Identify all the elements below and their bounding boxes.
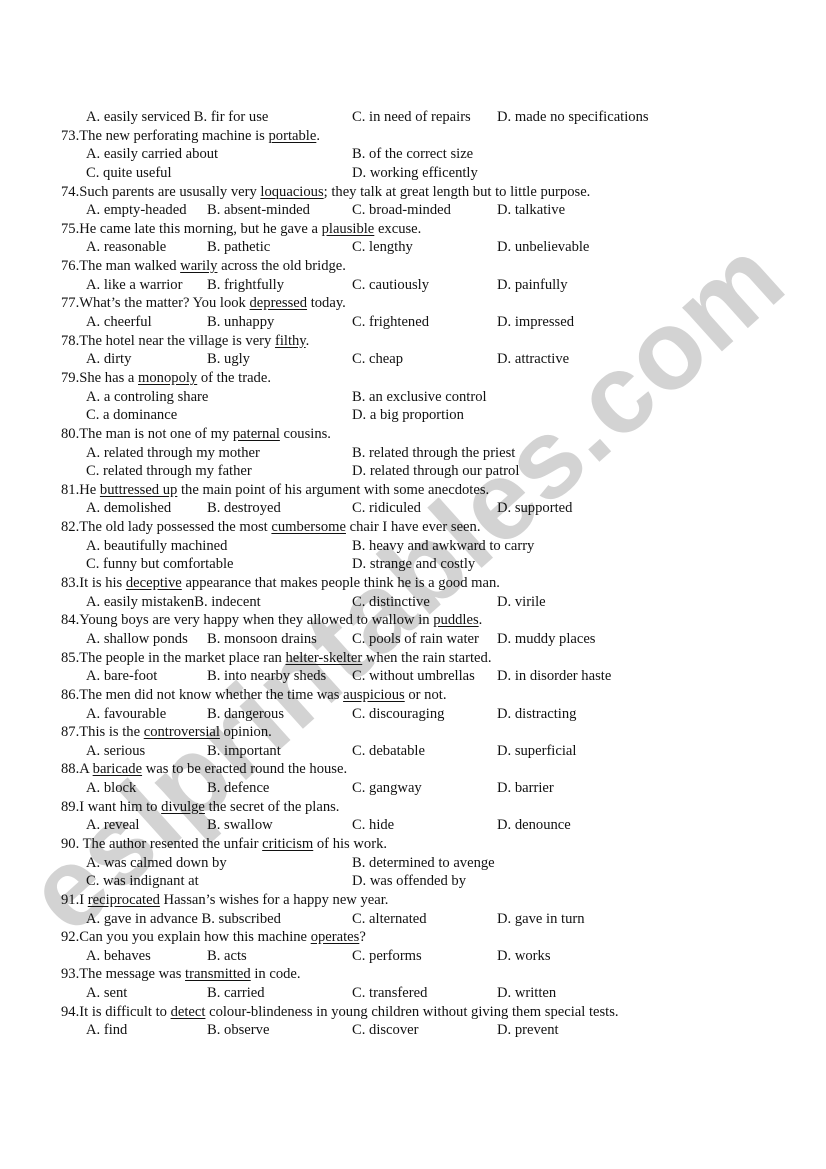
answer-option: C. frightened — [352, 313, 429, 332]
answer-option: C. in need of repairs — [352, 108, 471, 127]
underlined-keyword: deceptive — [126, 575, 182, 591]
options-row: A. a controling shareB. an exclusive con… — [0, 388, 826, 407]
stem-text: I — [79, 892, 88, 908]
options-row: A. demolishedB. destroyedC. ridiculedD. … — [0, 499, 826, 518]
stem-text: What’s the matter? You look — [79, 295, 249, 311]
answer-option: D. a big proportion — [352, 406, 464, 425]
question-stem: 81.He buttressed up the main point of hi… — [0, 481, 826, 500]
answer-option: B. determined to avenge — [352, 854, 495, 873]
answer-option: D. working efficently — [352, 164, 478, 183]
answer-option: D. made no specifications — [497, 108, 649, 127]
answer-option: B. monsoon drains — [207, 630, 317, 649]
answer-option: D. unbelievable — [497, 238, 589, 257]
answer-option: D. in disorder haste — [497, 667, 611, 686]
question-number: 90. — [61, 836, 79, 852]
stem-text: The man is not one of my — [79, 426, 233, 442]
options-row: A. bare-footB. into nearby shedsC. witho… — [0, 667, 826, 686]
stem-text: of the trade. — [197, 370, 271, 386]
answer-option: D. muddy places — [497, 630, 596, 649]
answer-option: C. funny but comfortable — [86, 555, 234, 574]
answer-option: C. alternated — [352, 910, 427, 929]
answer-option: C. lengthy — [352, 238, 413, 257]
answer-option: B. defence — [207, 779, 269, 798]
answer-option: B. related through the priest — [352, 444, 515, 463]
stem-text: . — [306, 333, 310, 349]
stem-text: Can you you explain how this machine — [79, 929, 310, 945]
question-stem: 82.The old lady possessed the most cumbe… — [0, 518, 826, 537]
options-row: A. sentB. carriedC. transferedD. written — [0, 984, 826, 1003]
question-number: 88. — [61, 761, 79, 777]
answer-option: A. a controling share — [86, 388, 208, 407]
underlined-keyword: filthy — [275, 333, 306, 349]
stem-text: The old lady possessed the most — [79, 519, 271, 535]
question-number: 79. — [61, 370, 79, 386]
stem-text: of his work. — [313, 836, 387, 852]
stem-text: today. — [307, 295, 346, 311]
stem-text: the main point of his argument with some… — [177, 482, 489, 498]
question-stem: 84.Young boys are very happy when they a… — [0, 611, 826, 630]
options-row: A. favourableB. dangerousC. discouraging… — [0, 705, 826, 724]
answer-option: B. heavy and awkward to carry — [352, 537, 534, 556]
answer-option: D. distracting — [497, 705, 576, 724]
options-row: A. gave in advance B. subscribedC. alter… — [0, 910, 826, 929]
answer-option: D. virile — [497, 593, 546, 612]
question-number: 78. — [61, 333, 79, 349]
stem-text: Hassan’s wishes for a happy new year. — [160, 892, 389, 908]
answer-option: A. easily carried about — [86, 145, 218, 164]
underlined-keyword: operates — [311, 929, 360, 945]
stem-text: in code. — [251, 966, 301, 982]
answer-option: A. was calmed down by — [86, 854, 227, 873]
underlined-keyword: monopoly — [138, 370, 197, 386]
question-stem: 90. The author resented the unfair criti… — [0, 835, 826, 854]
answer-option: B. unhappy — [207, 313, 274, 332]
answer-option: B. important — [207, 742, 281, 761]
underlined-keyword: depressed — [250, 295, 308, 311]
stem-text: . — [479, 612, 483, 628]
answer-option: A. sent — [86, 984, 127, 1003]
underlined-keyword: controversial — [144, 724, 220, 740]
question-number: 76. — [61, 258, 79, 274]
answer-option: A. like a warrior — [86, 276, 182, 295]
answer-option: C. hide — [352, 816, 394, 835]
options-row: A. easily mistakenB. indecentC. distinct… — [0, 593, 826, 612]
answer-option: B. of the correct size — [352, 145, 473, 164]
question-number: 93. — [61, 966, 79, 982]
stem-text: The men did not know whether the time wa… — [79, 687, 343, 703]
underlined-keyword: cumbersome — [271, 519, 346, 535]
answer-option: A. favourable — [86, 705, 166, 724]
answer-option: B. swallow — [207, 816, 273, 835]
answer-option: A. reveal — [86, 816, 139, 835]
stem-text: ? — [359, 929, 365, 945]
underlined-keyword: helter-skelter — [286, 650, 363, 666]
options-row: C. quite usefulD. working efficently — [0, 164, 826, 183]
answer-option: C. performs — [352, 947, 422, 966]
question-stem: 85.The people in the market place ran he… — [0, 649, 826, 668]
stem-text: or not. — [405, 687, 447, 703]
answer-option: C. related through my father — [86, 462, 252, 481]
question-stem: 77.What’s the matter? You look depressed… — [0, 294, 826, 313]
underlined-keyword: paternal — [233, 426, 280, 442]
underlined-keyword: baricade — [93, 761, 142, 777]
options-row: A. behavesB. actsC. performsD. works — [0, 947, 826, 966]
underlined-keyword: criticism — [262, 836, 313, 852]
question-number: 73. — [61, 128, 79, 144]
options-row: A. dirtyB. uglyC. cheapD. attractive — [0, 350, 826, 369]
question-number: 92. — [61, 929, 79, 945]
stem-text: Young boys are very happy when they allo… — [79, 612, 433, 628]
answer-option: A. gave in advance B. subscribed — [86, 910, 281, 929]
question-number: 80. — [61, 426, 79, 442]
answer-option: A. demolished — [86, 499, 171, 518]
answer-option: D. supported — [497, 499, 572, 518]
underlined-keyword: auspicious — [343, 687, 405, 703]
question-number: 75. — [61, 221, 79, 237]
answer-option: B. absent-minded — [207, 201, 310, 220]
answer-option: D. barrier — [497, 779, 554, 798]
answer-option: C. a dominance — [86, 406, 177, 425]
question-stem: 93.The message was transmitted in code. — [0, 965, 826, 984]
stem-text: chair I have ever seen. — [346, 519, 481, 535]
stem-text: across the old bridge. — [217, 258, 345, 274]
worksheet-page: A. easily serviced B. fir for useC. in n… — [0, 108, 826, 1040]
answer-option: A. shallow ponds — [86, 630, 188, 649]
answer-option: A. reasonable — [86, 238, 166, 257]
stem-text: She has a — [79, 370, 138, 386]
stem-text: He — [79, 482, 100, 498]
underlined-keyword: portable — [269, 128, 317, 144]
answer-option: B. pathetic — [207, 238, 270, 257]
answer-option: B. frightfully — [207, 276, 284, 295]
answer-option: D. prevent — [497, 1021, 559, 1040]
answer-option: D. works — [497, 947, 551, 966]
answer-option: B. carried — [207, 984, 265, 1003]
question-stem: 92.Can you you explain how this machine … — [0, 928, 826, 947]
options-row: C. related through my fatherD. related t… — [0, 462, 826, 481]
question-number: 85. — [61, 650, 79, 666]
underlined-keyword: puddles — [433, 612, 478, 628]
answer-option: D. strange and costly — [352, 555, 475, 574]
question-number: 77. — [61, 295, 79, 311]
options-row: A. easily serviced B. fir for useC. in n… — [0, 108, 826, 127]
question-number: 82. — [61, 519, 79, 535]
stem-text: The people in the market place ran — [79, 650, 285, 666]
answer-option: B. dangerous — [207, 705, 284, 724]
answer-option: C. gangway — [352, 779, 422, 798]
stem-text: . — [316, 128, 320, 144]
answer-option: A. beautifully machined — [86, 537, 227, 556]
options-row: A. seriousB. importantC. debatableD. sup… — [0, 742, 826, 761]
stem-text: The man walked — [79, 258, 180, 274]
answer-option: B. into nearby sheds — [207, 667, 326, 686]
options-row: A. like a warriorB. frightfullyC. cautio… — [0, 276, 826, 295]
answer-option: C. quite useful — [86, 164, 172, 183]
options-row: A. shallow pondsB. monsoon drainsC. pool… — [0, 630, 826, 649]
question-number: 81. — [61, 482, 79, 498]
stem-text: I want him to — [79, 799, 161, 815]
answer-option: B. an exclusive control — [352, 388, 487, 407]
answer-option: C. transfered — [352, 984, 427, 1003]
answer-option: C. pools of rain water — [352, 630, 479, 649]
options-row: C. was indignant atD. was offended by — [0, 872, 826, 891]
answer-option: A. easily mistakenB. indecent — [86, 593, 261, 612]
answer-option: A. find — [86, 1021, 127, 1040]
stem-text: opinion. — [220, 724, 272, 740]
options-row: C. funny but comfortableD. strange and c… — [0, 555, 826, 574]
stem-text: It is difficult to — [79, 1004, 170, 1020]
stem-text: The author resented the unfair — [79, 836, 262, 852]
question-stem: 83.It is his deceptive appearance that m… — [0, 574, 826, 593]
answer-option: D. written — [497, 984, 556, 1003]
answer-option: B. acts — [207, 947, 247, 966]
underlined-keyword: divulge — [161, 799, 205, 815]
stem-text: The message was — [79, 966, 185, 982]
question-stem: 88.A baricade was to be eracted round th… — [0, 760, 826, 779]
options-row: A. findB. observeC. discoverD. prevent — [0, 1021, 826, 1040]
stem-text: He came late this morning, but he gave a — [79, 221, 321, 237]
question-stem: 79.She has a monopoly of the trade. — [0, 369, 826, 388]
answer-option: B. observe — [207, 1021, 269, 1040]
question-number: 74. — [61, 184, 79, 200]
options-row: A. was calmed down byB. determined to av… — [0, 854, 826, 873]
underlined-keyword: loquacious — [260, 184, 323, 200]
question-number: 84. — [61, 612, 79, 628]
underlined-keyword: reciprocated — [88, 892, 160, 908]
answer-option: D. talkative — [497, 201, 565, 220]
answer-option: B. destroyed — [207, 499, 281, 518]
answer-option: D. denounce — [497, 816, 571, 835]
stem-text: The hotel near the village is very — [79, 333, 275, 349]
question-stem: 80.The man is not one of my paternal cou… — [0, 425, 826, 444]
stem-text: This is the — [79, 724, 143, 740]
answer-option: D. superficial — [497, 742, 576, 761]
question-number: 87. — [61, 724, 79, 740]
answer-option: C. was indignant at — [86, 872, 199, 891]
underlined-keyword: plausible — [322, 221, 375, 237]
stem-text: appearance that makes people think he is… — [182, 575, 500, 591]
stem-text: colour-blindeness in young children with… — [205, 1004, 618, 1020]
question-stem: 73.The new perforating machine is portab… — [0, 127, 826, 146]
answer-option: A. block — [86, 779, 136, 798]
answer-option: C. cautiously — [352, 276, 429, 295]
answer-option: B. ugly — [207, 350, 250, 369]
stem-text: the secret of the plans. — [205, 799, 340, 815]
question-number: 94. — [61, 1004, 79, 1020]
options-row: A. blockB. defenceC. gangwayD. barrier — [0, 779, 826, 798]
answer-option: A. bare-foot — [86, 667, 157, 686]
options-row: A. reasonableB. patheticC. lengthyD. unb… — [0, 238, 826, 257]
answer-option: D. gave in turn — [497, 910, 585, 929]
stem-text: excuse. — [374, 221, 421, 237]
underlined-keyword: warily — [180, 258, 217, 274]
question-number: 89. — [61, 799, 79, 815]
answer-option: D. painfully — [497, 276, 568, 295]
answer-option: C. discouraging — [352, 705, 444, 724]
underlined-keyword: detect — [171, 1004, 206, 1020]
options-row: A. related through my motherB. related t… — [0, 444, 826, 463]
options-row: A. cheerfulB. unhappyC. frightenedD. imp… — [0, 313, 826, 332]
answer-option: A. serious — [86, 742, 145, 761]
answer-option: D. related through our patrol — [352, 462, 519, 481]
options-row: C. a dominanceD. a big proportion — [0, 406, 826, 425]
options-row: A. beautifully machinedB. heavy and awkw… — [0, 537, 826, 556]
stem-text: ; they talk at great length but to littl… — [324, 184, 591, 200]
answer-option: D. impressed — [497, 313, 574, 332]
stem-text: cousins. — [280, 426, 331, 442]
question-stem: 86.The men did not know whether the time… — [0, 686, 826, 705]
stem-text: was to be eracted round the house. — [142, 761, 347, 777]
options-row: A. easily carried aboutB. of the correct… — [0, 145, 826, 164]
answer-option: A. cheerful — [86, 313, 152, 332]
question-number: 86. — [61, 687, 79, 703]
answer-option: A. easily serviced B. fir for use — [86, 108, 268, 127]
answer-option: C. discover — [352, 1021, 418, 1040]
question-number: 91. — [61, 892, 79, 908]
stem-text: A — [79, 761, 92, 777]
answer-option: D. attractive — [497, 350, 569, 369]
answer-option: A. dirty — [86, 350, 131, 369]
question-stem: 94.It is difficult to detect colour-blin… — [0, 1003, 826, 1022]
answer-option: A. empty-headed — [86, 201, 187, 220]
underlined-keyword: transmitted — [185, 966, 251, 982]
question-stem: 78.The hotel near the village is very fi… — [0, 332, 826, 351]
underlined-keyword: buttressed up — [100, 482, 177, 498]
answer-option: C. distinctive — [352, 593, 430, 612]
options-row: A. revealB. swallowC. hideD. denounce — [0, 816, 826, 835]
question-stem: 87.This is the controversial opinion. — [0, 723, 826, 742]
question-number: 83. — [61, 575, 79, 591]
answer-option: D. was offended by — [352, 872, 466, 891]
question-stem: 76.The man walked warily across the old … — [0, 257, 826, 276]
question-stem: 75.He came late this morning, but he gav… — [0, 220, 826, 239]
answer-option: A. related through my mother — [86, 444, 260, 463]
stem-text: when the rain started. — [362, 650, 491, 666]
stem-text: Such parents are ususally very — [79, 184, 260, 200]
answer-option: C. without umbrellas — [352, 667, 475, 686]
answer-option: C. debatable — [352, 742, 425, 761]
answer-option: C. ridiculed — [352, 499, 421, 518]
options-row: A. empty-headedB. absent-mindedC. broad-… — [0, 201, 826, 220]
answer-option: C. cheap — [352, 350, 403, 369]
stem-text: The new perforating machine is — [79, 128, 268, 144]
answer-option: C. broad-minded — [352, 201, 451, 220]
stem-text: It is his — [79, 575, 126, 591]
question-stem: 91.I reciprocated Hassan’s wishes for a … — [0, 891, 826, 910]
answer-option: A. behaves — [86, 947, 151, 966]
question-stem: 89.I want him to divulge the secret of t… — [0, 798, 826, 817]
question-stem: 74.Such parents are ususally very loquac… — [0, 183, 826, 202]
